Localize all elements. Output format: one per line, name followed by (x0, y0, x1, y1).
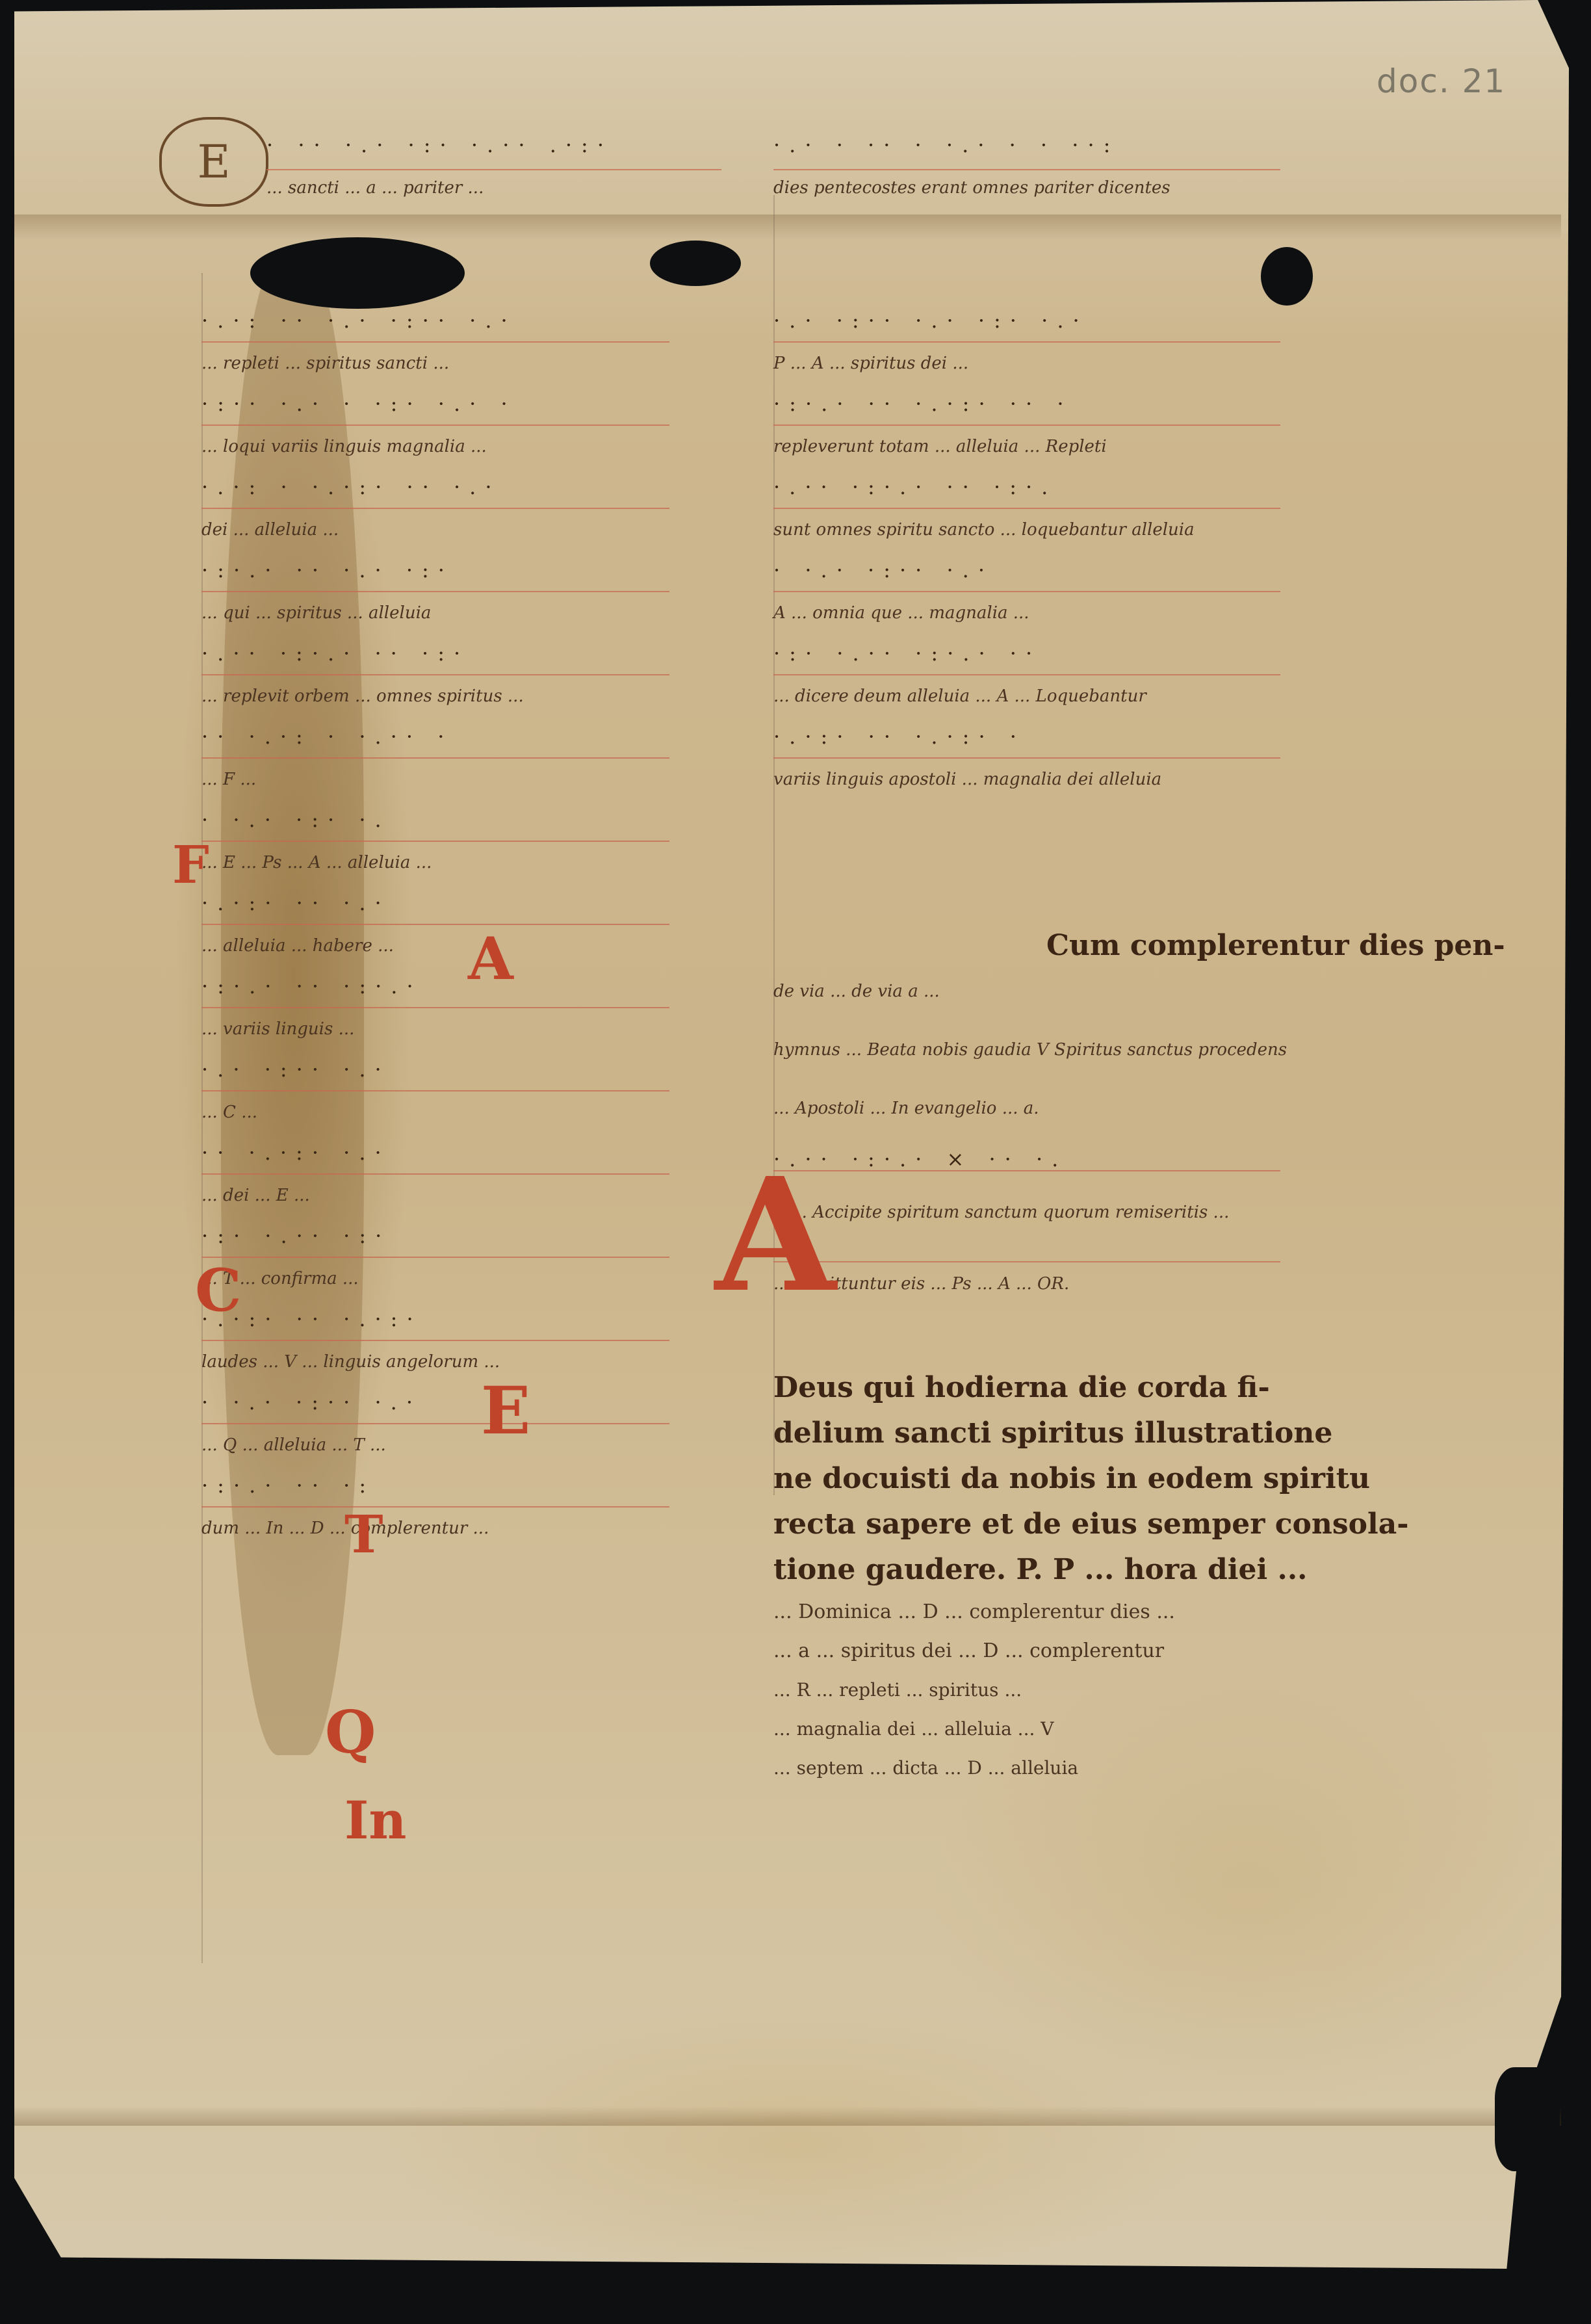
prayer-line: ... magnalia dei ... alleluia ... V (773, 1710, 1293, 1749)
chant-line: ·.·:· ·· ·.·:· ·variis linguis apostoli … (773, 722, 1280, 805)
parchment-hole (250, 237, 465, 309)
chant-line: ·:·.· ·· ·.· ·:·... qui ... spiritus ...… (201, 555, 669, 638)
chant-line: ·.·:· ·· ·.·... alleluia ... habere ... (201, 888, 669, 971)
rubric-initial-a: A (468, 930, 513, 988)
chant-line: ·:· ·.·· ·:·... T ... confirma ... (201, 1221, 669, 1304)
prayer-line: Deus qui hodierna die corda fi- (773, 1365, 1293, 1411)
collect-prayer: Deus qui hodierna die corda fi- delium s… (773, 1365, 1293, 1788)
top-line-left: · ·· ·.· ·:· ·.·· .·:· ... sancti ... a … (266, 130, 721, 213)
chant-line: ·.·: ·· ·.· ·:·· ·.·... repleti ... spir… (201, 306, 669, 389)
parchment-hole (650, 241, 741, 286)
chant-line: ·· ·.·:· ·.·... dei ... E ... (201, 1138, 669, 1221)
chant-line: ·.·· ·:·.· ·· ·:·.sunt omnes spiritu san… (773, 472, 1280, 555)
right-column: ·.· ·:·· ·.· ·:· ·.·P ... A ... spiritus… (773, 306, 1280, 805)
rubric-initial-in: In (344, 1794, 407, 1846)
chant-line: ·.·:· ·· ·.·:·laudes ... V ... linguis a… (201, 1304, 669, 1387)
chant-line: · ·.· ·:· ·.... E ... Ps ... A ... allel… (201, 805, 669, 888)
chant-line: ·:·.· ·· ·:·.·... variis linguis ... (201, 971, 669, 1054)
rubric-initial-t: T (344, 1508, 383, 1560)
top-fold (14, 215, 1561, 241)
chant-line: · ·.· ·:·· ·.·... Q ... alleluia ... T .… (201, 1387, 669, 1470)
prayer-line: recta sapere et de eius semper consola- (773, 1502, 1293, 1547)
prayer-line: ... a ... spiritus dei ... D ... compler… (773, 1632, 1293, 1671)
chant-line: ·.· ·:·· ·.·... C ... (201, 1054, 669, 1138)
chant-line: ·:·.· ·· ·:dum ... In ... D ... complere… (201, 1470, 669, 1554)
prayer-line: ... septem ... dicta ... D ... alleluia (773, 1749, 1293, 1788)
prayer-line: tione gaudere. P. P ... hora diei ... (773, 1547, 1293, 1593)
chant-line: ·· ·.·: · ·.·· ·... F ... (201, 722, 669, 805)
parchment-hole (1261, 247, 1313, 306)
shelfmark: doc. 21 (1377, 62, 1506, 100)
rubric-initial-f: F (172, 839, 209, 891)
rubric-initial-c: C (195, 1261, 242, 1320)
top-line-right: ·.· · ·· · ·.· · · ··: dies pentecostes … (773, 130, 1280, 213)
chant-incipit: Cum complerentur dies pen- (1046, 923, 1280, 969)
chant-line: ·:·.· ·· ·.·:· ·· ·repleverunt totam ...… (773, 389, 1280, 472)
rubric-initial-a-large: A (715, 1157, 836, 1313)
rubric-initial-q: Q (325, 1703, 376, 1762)
chant-line: ·.·· ·:·.· ·· ·:·... replevit orbem ... … (201, 638, 669, 722)
chant-line: ·:· ·.·· ·:·.· ··... dicere deum allelui… (773, 638, 1280, 722)
chant-line: ·.· ·:·· ·.· ·:· ·.·P ... A ... spiritus… (773, 306, 1280, 389)
right-column-middle: Cum complerentur dies pen- de via ... de… (773, 923, 1280, 1313)
prayer-line: ne docuisti da nobis in eodem spiritu (773, 1456, 1293, 1502)
chant-line: · ·.· ·:·· ·.·A ... omnia que ... magnal… (773, 555, 1280, 638)
prayer-line: ... R ... repleti ... spiritus ... (773, 1671, 1293, 1710)
chant-line: ·:·· ·.· · ·:· ·.· ·... loqui variis lin… (201, 389, 669, 472)
parchment-tear (1495, 2067, 1560, 2171)
decorated-initial: E (159, 117, 268, 207)
chant-line: ·.·: · ·.·:· ·· ·.·dei ... alleluia ... (201, 472, 669, 555)
left-column: ·.·: ·· ·.· ·:·· ·.·... repleti ... spir… (201, 306, 669, 1554)
rubric-initial-e: E (481, 1378, 530, 1443)
prayer-line: delium sancti spiritus illustratione (773, 1411, 1293, 1456)
prayer-line: ... Dominica ... D ... complerentur dies… (773, 1593, 1293, 1632)
bottom-fold (14, 2106, 1561, 2126)
